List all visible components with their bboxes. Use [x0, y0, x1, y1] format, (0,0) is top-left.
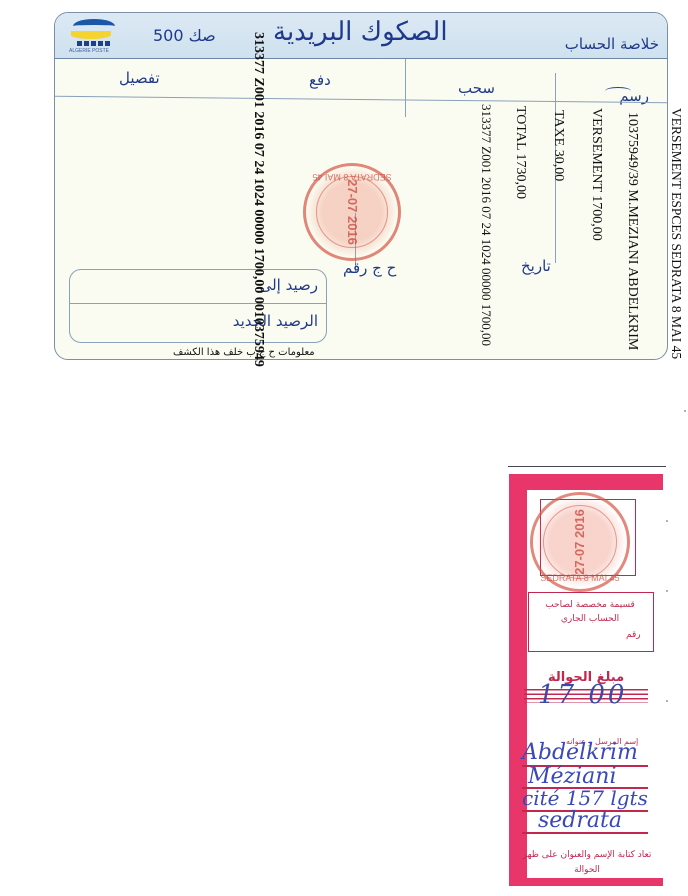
column-payment: دفع	[309, 71, 331, 89]
column-withdrawal: سحب	[458, 79, 495, 97]
deposit-line: VERSEMENT 1700,00	[588, 108, 604, 241]
postmark-stamp: SEDRATA 8 MAI 45 27-07 2016	[303, 163, 401, 261]
scan-speck	[666, 590, 668, 592]
slip-postmark-stamp: SEDRATA 8 MAI 45 27-07 2016	[530, 492, 630, 592]
logo-label: ALGERIE POSTE	[69, 48, 109, 54]
slip-stamp-date: 27-07 2016	[573, 509, 587, 575]
writing-line	[522, 832, 648, 834]
scan-speck	[666, 700, 668, 702]
scan-speck	[684, 410, 686, 412]
number-label: رقم	[626, 630, 641, 640]
document-title: الصكوك البريدية	[273, 17, 448, 47]
handwritten-line: cité 157 lgts	[522, 786, 648, 810]
column-detail: تفصيل	[119, 69, 160, 87]
handwritten-line: sedrata	[538, 808, 622, 833]
reserved-label: قسيمة مخصصة لصاحب الحساب الجاري	[530, 598, 650, 626]
slip-top-edge	[508, 466, 666, 467]
total-line: TOTAL 1730,00	[512, 106, 528, 199]
transaction-ref-line: 313377 Z001 2016 07 24 1024 00000 1700,0…	[478, 104, 494, 346]
header-divider	[55, 96, 667, 103]
new-balance-label: الرصيد الجديد	[233, 312, 318, 330]
ccp-number-label: ح ج رقم	[343, 259, 396, 277]
cheque-count: صك 500	[153, 26, 216, 45]
cheque-header: ALGERIE POSTE صك 500 الصكوك البريدية خلا…	[55, 13, 667, 59]
account-summary-label: خلاصة الحساب	[565, 35, 659, 53]
scan-speck	[666, 520, 668, 522]
balance-box: رصيد إلى الرصيد الجديد	[69, 269, 327, 343]
balance-to-label: رصيد إلى	[260, 276, 318, 294]
signature-mark	[605, 87, 631, 95]
amount-value: 17 00	[538, 680, 627, 710]
handwritten-line: Abdelkrim	[522, 740, 638, 765]
side-caption: VERSEMENT ESPCES SEDRATA 8 MAI 45	[668, 108, 684, 359]
account-holder-line: 10375949/39 M.MEZIANI ABDELKRIM	[624, 112, 640, 350]
column-divider	[405, 59, 406, 117]
slip-note: تعاد كتابة الإسم والعنوان على ظهر الحوال…	[520, 848, 654, 878]
algerie-poste-logo-icon: ALGERIE POSTE	[65, 17, 121, 55]
tax-line: TAXE 30,00	[550, 110, 566, 181]
postal-cheque-receipt: ALGERIE POSTE صك 500 الصكوك البريدية خلا…	[54, 12, 668, 360]
back-info-note: معلومات ح ج ب خلف هذا الكشف	[173, 347, 315, 358]
transaction-ref-full-line: 313377 Z001 2016 07 24 1024 00000 1700,0…	[250, 32, 266, 367]
stamp-date: 27-07 2016	[345, 179, 359, 245]
date-label: تاريخ	[521, 257, 551, 275]
